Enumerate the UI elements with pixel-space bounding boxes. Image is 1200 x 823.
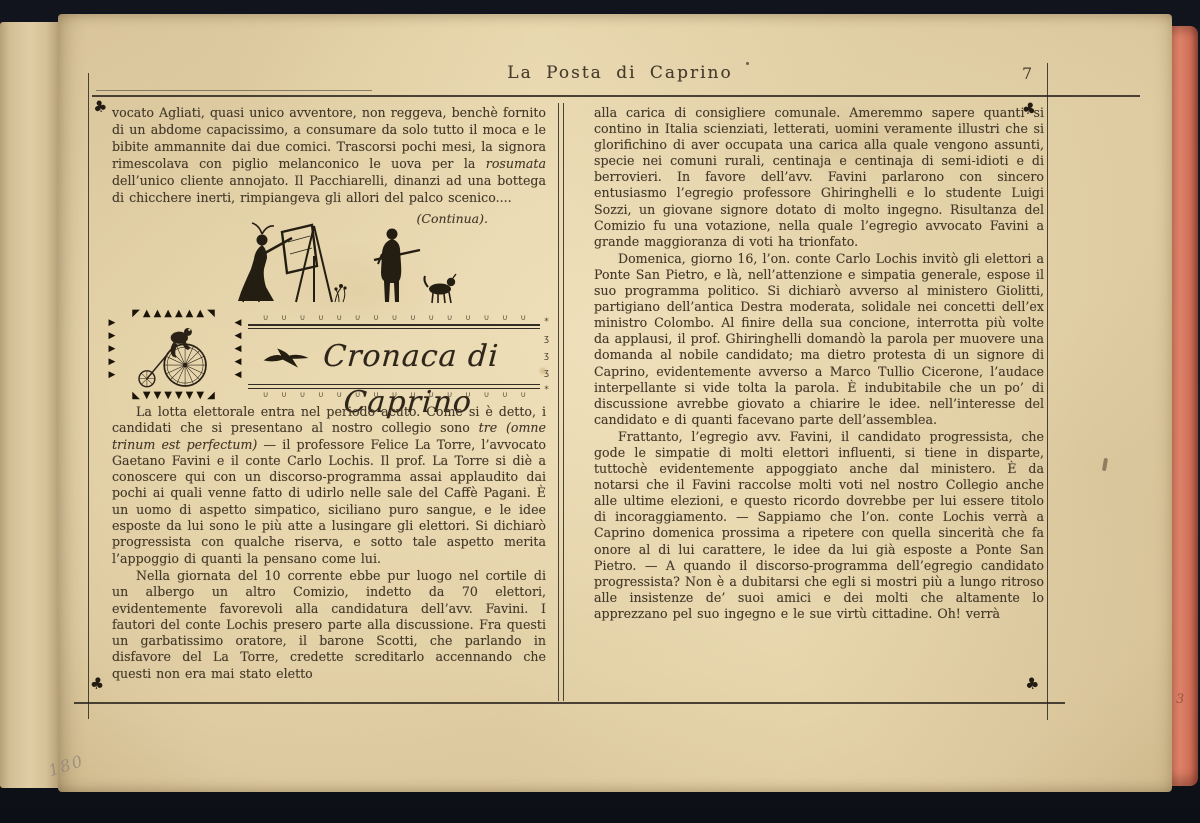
frame-bottom-rule bbox=[74, 702, 1065, 704]
squiggle-icon: ʒ bbox=[544, 368, 549, 378]
triangle-border-right: ◀◀◀◀◀ bbox=[232, 318, 244, 392]
column-divider-outer bbox=[558, 103, 559, 701]
edge-number: 3 bbox=[1176, 692, 1184, 707]
dog-silhouette-icon bbox=[424, 274, 456, 303]
band-rule bbox=[248, 328, 540, 329]
italic-term: rosumata bbox=[486, 156, 546, 171]
band-rule bbox=[248, 324, 540, 326]
adjacent-page-edge bbox=[0, 22, 64, 788]
banner-left-box: ◤▲▲▲▲▲▲◥ ◣▼▼▼▼▼▼◢ ▶▶▶▶▶ ◀◀◀◀◀ bbox=[106, 308, 244, 402]
flowers-icon bbox=[334, 284, 346, 302]
book-scan-scene: La Posta di Caprino 7 ♣ ♣ ♣ ♣ vocato Agl… bbox=[0, 0, 1200, 823]
paragraph: alla carica di consigliere comunale. Ame… bbox=[594, 105, 1044, 250]
florette-icon: * bbox=[544, 317, 549, 327]
page-number: 7 bbox=[1022, 64, 1032, 83]
section-title: Cronaca di Caprino bbox=[282, 334, 539, 380]
triangle-border-left: ▶▶▶▶▶ bbox=[106, 318, 118, 392]
painter-silhouette-icon bbox=[238, 223, 292, 302]
ink-speck bbox=[746, 62, 749, 65]
header-rule bbox=[92, 95, 1140, 97]
paragraph: vocato Agliati, quasi unico avventore, n… bbox=[112, 104, 546, 206]
squiggle-icon: ʒ bbox=[544, 351, 549, 361]
easel-icon bbox=[282, 225, 332, 302]
paragraph: Domenica, giorno 16, l’on. conte Carlo L… bbox=[594, 251, 1044, 428]
scallop-ornament-top: ∪ ∪ ∪ ∪ ∪ ∪ ∪ ∪ ∪ ∪ ∪ ∪ ∪ ∪ ∪ ∪ ∪ ∪ bbox=[258, 313, 536, 322]
header-rule-hairline bbox=[96, 90, 372, 91]
paragraph-text: dell’unico cliente annojato. Il Pacchiar… bbox=[112, 173, 546, 205]
frame-left-rule bbox=[88, 73, 89, 719]
banner-title-band: ∪ ∪ ∪ ∪ ∪ ∪ ∪ ∪ ∪ ∪ ∪ ∪ ∪ ∪ ∪ ∪ ∪ ∪ Cron… bbox=[248, 313, 550, 399]
right-column-body: alla carica di consigliere comunale. Ame… bbox=[594, 105, 1044, 622]
clover-icon: ♣ bbox=[89, 675, 106, 693]
hunter-silhouette-icon bbox=[374, 229, 420, 303]
band-right-ornaments: * ʒ ʒ ʒ * bbox=[540, 317, 553, 395]
squiggle-icon: ʒ bbox=[544, 334, 549, 344]
left-column-continuation: vocato Agliati, quasi unico avventore, n… bbox=[112, 104, 546, 206]
paragraph-text: vocato Agliati, quasi unico avventore, n… bbox=[112, 105, 546, 171]
paragraph: Frattanto, l’egregio avv. Favini, il can… bbox=[594, 429, 1044, 622]
frame-right-rule bbox=[1047, 63, 1048, 720]
clover-icon: ♣ bbox=[1024, 675, 1040, 693]
frog-bicycle-icon bbox=[122, 319, 228, 391]
section-banner: ◤▲▲▲▲▲▲◥ ◣▼▼▼▼▼▼◢ ▶▶▶▶▶ ◀◀◀◀◀ bbox=[104, 308, 550, 402]
triangle-border-bottom: ◣▼▼▼▼▼▼◢ bbox=[108, 390, 242, 402]
paragraph-text: — il professore Felice La Torre, l’avvoc… bbox=[112, 437, 546, 566]
paragraph: Nella giornata del 10 corrente ebbe pur … bbox=[112, 568, 546, 682]
newspaper-title: La Posta di Caprino bbox=[430, 63, 810, 83]
florette-icon: * bbox=[544, 385, 549, 395]
band-rule bbox=[248, 384, 540, 385]
band-rule bbox=[248, 388, 540, 390]
paragraph: La lotta elettorale entra nel periodo ac… bbox=[112, 404, 546, 567]
scallop-ornament-bottom: ∪ ∪ ∪ ∪ ∪ ∪ ∪ ∪ ∪ ∪ ∪ ∪ ∪ ∪ ∪ ∪ ∪ ∪ bbox=[258, 390, 536, 399]
red-fore-edge bbox=[1168, 26, 1198, 786]
silhouette-illustration bbox=[222, 220, 474, 306]
column-divider-inner bbox=[563, 103, 564, 701]
left-column-body: La lotta elettorale entra nel periodo ac… bbox=[112, 404, 546, 682]
